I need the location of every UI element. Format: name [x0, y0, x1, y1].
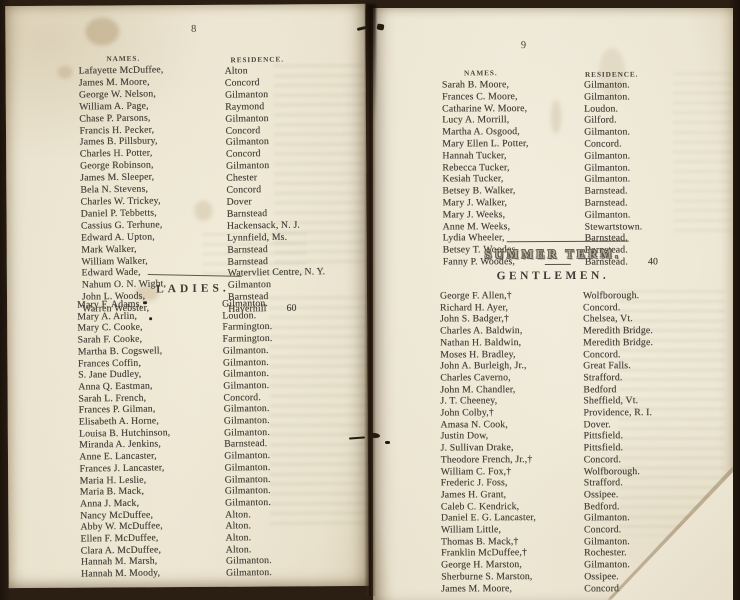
- residence: Ossipee.: [584, 490, 619, 500]
- roster-row: John Colby,†Providence, R. I.: [440, 406, 653, 419]
- residence: Concord: [225, 78, 260, 88]
- person-name: Daniel E. G. Lancaster,: [441, 513, 584, 523]
- residence: Concord.: [584, 525, 621, 535]
- residence: Providence, R. I.: [583, 408, 652, 418]
- person-name: Mary Ellen L. Potter,: [442, 139, 584, 149]
- residence: Loudon.: [584, 104, 618, 114]
- residence: Great Falls.: [583, 361, 631, 371]
- roster-row: Mary Ellen L. Potter,Concord.: [442, 137, 657, 150]
- residence: Gilmanton.: [224, 451, 270, 461]
- roster-row: George F. Allen,†Wolfborough.: [440, 289, 653, 302]
- residence: Bedford.: [584, 502, 620, 512]
- roster-row: Franklin McDuffee,†Rochester.: [441, 546, 654, 559]
- roster-row: William C. Fox,†Wolfborough.: [441, 464, 654, 477]
- roster-row: John S. Badger,†Chelsea, Vt.: [440, 312, 653, 325]
- person-name: Amasa N. Cook,: [441, 420, 584, 430]
- residence: Gilmanton: [225, 114, 268, 125]
- roster-row: Amasa N. Cook,Dover.: [440, 417, 653, 430]
- roster-row: Frederic J. Foss,Strafford.: [441, 476, 654, 489]
- residence: Gilmanton.: [226, 568, 272, 578]
- roster-row: J. Sullivan Drake,Pittsfield.: [441, 441, 654, 454]
- residence: Concord.: [223, 393, 261, 403]
- person-name: J. T. Cheeney,: [440, 396, 583, 406]
- roster-row: Theodore French, Jr.,†Concord.: [441, 452, 654, 465]
- person-name: Hannah M. Moody,: [81, 568, 226, 580]
- roster-row: Daniel E. G. Lancaster,Gilmanton.: [441, 511, 654, 524]
- person-name: William C. Fox,†: [441, 466, 584, 476]
- residence: Barnstead: [227, 257, 268, 268]
- residence: Alton: [225, 66, 248, 76]
- person-name: Anne M. Weeks,: [443, 221, 585, 231]
- residence: Gilmanton.: [224, 463, 270, 473]
- roster-row: Sarah B. Moore,Gilmanton.: [442, 78, 657, 91]
- residence: Barnstead.: [224, 439, 267, 449]
- right-page: 9 NAMES. RESIDENCE. Sarah B. Moore,Gilma…: [373, 8, 733, 600]
- roster-row: Richard H. Ayer,Concord.: [440, 300, 653, 313]
- residence: Concord: [226, 185, 261, 195]
- residence: Barnstead: [227, 245, 268, 256]
- residence: Gilmanton.: [584, 80, 630, 90]
- person-name: Rebecca Tucker,: [442, 162, 584, 172]
- person-name: John A. Burleigh, Jr.,: [440, 361, 583, 371]
- residence: Hackensack, N. J.: [227, 220, 300, 231]
- residence: Meredith Bridge.: [583, 326, 653, 336]
- roster-row: Justin Dow,Pittsfield.: [441, 429, 654, 442]
- roster-row: Charles Caverno,Strafford.: [440, 370, 653, 383]
- person-name: Charles A. Baldwin,: [440, 326, 583, 336]
- residence: Gilmanton.: [585, 210, 631, 220]
- residence: Gilmanton.: [584, 560, 630, 570]
- roster-row: John A. Burleigh, Jr.,Great Falls.: [440, 359, 653, 372]
- person-name: George H. Marston,: [441, 560, 584, 570]
- person-name: Mary J. Walker,: [443, 198, 585, 208]
- residence: Gilmanton.: [222, 299, 268, 309]
- residence: Gilmanton.: [225, 475, 271, 485]
- roster-row: Moses H. Bradley,Concord.: [440, 347, 653, 360]
- person-name: Mary J. Weeks,: [443, 210, 585, 220]
- residence: Gilmanton.: [224, 416, 270, 426]
- residence: Concord: [226, 150, 261, 160]
- residence: Gilmanton.: [223, 358, 269, 368]
- residence: Gilmanton.: [225, 498, 271, 508]
- roster-row: Anna J. Mack,Gilmanton.: [80, 495, 275, 510]
- binding-thread: [385, 441, 390, 444]
- residence: Gilmanton: [225, 90, 268, 101]
- roster-row: Frances C. Moore,Gilmanton.: [442, 89, 657, 102]
- residence: Gilmanton: [226, 138, 269, 149]
- residence: Concord.: [583, 303, 620, 313]
- book-scan: 8 NAMES. RESIDENCE. Lafayette McDuffee,A…: [0, 0, 740, 600]
- person-name: Moses H. Bradley,: [440, 349, 583, 359]
- roster-row: Mary F. Adams,Gilmanton.: [77, 296, 272, 311]
- roster-row: James H. Grant,Ossipee.: [441, 488, 654, 501]
- residence: Gilmanton.: [224, 428, 270, 438]
- page-number: 8: [191, 24, 197, 35]
- person-name: William Little,: [441, 525, 584, 535]
- residence: Gilmanton: [226, 161, 269, 172]
- residence: Farmington.: [222, 322, 272, 332]
- residence: Pittsfield.: [584, 443, 624, 453]
- heading-underline-rule: [545, 264, 571, 265]
- person-name: Sarah B. Moore,: [442, 80, 584, 90]
- person-name: Franklin McDuffee,†: [441, 548, 584, 558]
- residence: Concord.: [584, 455, 621, 465]
- residence: Gilmanton.: [223, 346, 269, 356]
- winter-roster-left: Lafayette McDuffee,AltonJames M. Moore,C…: [79, 61, 326, 315]
- residence: Watervliet Centre, N. Y.: [228, 268, 326, 279]
- roster-row: Hannah M. Moody,Gilmanton.: [81, 565, 276, 580]
- residence: Rochester.: [584, 549, 627, 559]
- roster-row: J. T. Cheeney,Sheffield, Vt.: [440, 394, 653, 407]
- roster-row: Hannah Tucker,Gilmanton.: [442, 148, 657, 161]
- residence: Dover.: [584, 420, 611, 430]
- gentlemen-heading: GENTLEMEN.: [393, 269, 713, 282]
- binding-gutter-shadow: [366, 4, 376, 124]
- person-name: Betsey B. Walker,: [442, 186, 584, 196]
- residence: Barnstead: [227, 209, 268, 220]
- person-name: Justin Dow,: [441, 431, 584, 441]
- roster-row: Charles A. Baldwin,Meredith Bridge.: [440, 324, 653, 337]
- residence: Gilmanton.: [584, 537, 630, 547]
- gentlemen-roster: George F. Allen,†Wolfborough.Richard H. …: [440, 289, 654, 594]
- residence: Chelsea, Vt.: [583, 315, 633, 325]
- roster-row: Martha A. Osgood,Gilmanton.: [442, 125, 657, 138]
- names-column-header: NAMES.: [106, 54, 140, 63]
- roster-row: Caleb C. Kendrick,Bedford.: [441, 499, 654, 512]
- residence: Farmington.: [223, 334, 273, 344]
- residence: Pittsfield.: [584, 432, 624, 442]
- residence: Strafford.: [583, 373, 622, 383]
- residence: Gilmanton.: [223, 381, 269, 391]
- left-page: 8 NAMES. RESIDENCE. Lafayette McDuffee,A…: [5, 4, 369, 588]
- roster-row: Mary J. Walker,Barnstead.: [443, 196, 658, 209]
- person-name: Frances C. Moore,: [442, 92, 584, 102]
- person-name: James M. Moore,: [441, 583, 584, 593]
- person-name: Caleb C. Kendrick,: [441, 502, 584, 512]
- person-name: Charles Caverno,: [440, 373, 583, 383]
- residence: Gilmanton.: [224, 404, 270, 414]
- person-name: Lucy A. Morrill,: [442, 115, 584, 125]
- person-name: J. Sullivan Drake,: [441, 443, 584, 453]
- person-name: Hannah Tucker,: [442, 151, 584, 161]
- residence: Alton.: [226, 533, 252, 543]
- roster-row: Lucy A. Morrill,Gilford.: [442, 113, 657, 126]
- residence: Concord: [225, 126, 260, 136]
- person-name: Catharine W. Moore,: [442, 103, 584, 113]
- residence: Gilmanton.: [223, 369, 269, 379]
- residence: Loudon.: [222, 311, 256, 321]
- person-name: Frederic J. Foss,: [441, 478, 584, 488]
- person-name: John S. Badger,†: [440, 314, 583, 324]
- person-name: John Colby,†: [440, 408, 583, 418]
- roster-row: John M. Chandler,Bedford: [440, 382, 653, 395]
- residence: Alton.: [225, 510, 251, 520]
- person-name: Martha A. Osgood,: [442, 127, 584, 137]
- residence: Raymond: [225, 102, 264, 112]
- roster-row: Thomas B. Mack,†Gilmanton.: [441, 534, 654, 547]
- residence: Bedford: [583, 385, 616, 395]
- roster-row: William Little,Concord.: [441, 523, 654, 536]
- roster-row: Nathan H. Baldwin,Meredith Bridge.: [440, 335, 653, 348]
- person-name: James H. Grant,: [441, 490, 584, 500]
- roster-row: Anne M. Weeks,Stewartstown.: [443, 219, 658, 232]
- residence: Barnstead.: [584, 187, 627, 197]
- person-name: Sherburne S. Marston,: [441, 572, 584, 582]
- residence: Barnstead.: [585, 234, 628, 244]
- residence: Gilmanton.: [584, 514, 630, 524]
- ladies-roster: Mary F. Adams,Gilmanton.Mary A. Arlin,Lo…: [77, 296, 276, 580]
- residence: Gilmanton.: [225, 486, 271, 496]
- term-count: 60: [286, 304, 296, 314]
- person-name: Theodore French, Jr.,†: [441, 455, 584, 465]
- roster-row: Kesiah Tucker,Gilmanton.: [442, 172, 657, 185]
- residence: Gilford.: [584, 116, 617, 126]
- person-name: Thomas B. Mack,†: [441, 537, 584, 547]
- roster-row: Catharine W. Moore,Loudon.: [442, 101, 657, 114]
- residence: Gilmanton.: [226, 556, 272, 566]
- person-name: John M. Chandler,: [440, 384, 583, 394]
- page-number: 9: [521, 40, 527, 51]
- binding-stitch: [377, 23, 385, 30]
- residence: Alton.: [226, 545, 252, 555]
- residence: Dover: [227, 197, 252, 207]
- roster-row: Frances J. Lancaster,Gilmanton.: [79, 460, 274, 475]
- residence: Stewartstown.: [585, 222, 643, 232]
- residence: Barnstead.: [585, 198, 628, 208]
- roster-row: George H. Marston,Gilmanton.: [441, 558, 654, 571]
- roster-row: Mary J. Weeks,Gilmanton.: [443, 207, 658, 220]
- residence: Wolfborough.: [584, 467, 640, 477]
- residence: Concord.: [584, 139, 621, 149]
- residence: Ossipee.: [584, 572, 619, 582]
- residence: Chester: [226, 173, 257, 183]
- residence: Meredith Bridge.: [583, 338, 653, 348]
- person-name: Nathan H. Baldwin,: [440, 338, 583, 348]
- roster-row: Rebecca Tucker,Gilmanton.: [442, 160, 657, 173]
- residence: Gilmanton.: [584, 163, 630, 173]
- residence: Concord.: [583, 350, 620, 360]
- person-name: Kesiah Tucker,: [442, 174, 584, 184]
- residence: Gilmanton.: [584, 175, 630, 185]
- residence: Alton.: [225, 522, 251, 532]
- residence: Gilmanton.: [584, 128, 630, 138]
- residence: Wolfborough.: [583, 291, 639, 301]
- residence: Gilmanton.: [584, 151, 630, 161]
- residence: Lynnfield, Ms.: [227, 232, 287, 243]
- summer-term-heading: SUMMER TERM.: [393, 246, 713, 262]
- person-name: George F. Allen,†: [440, 291, 583, 301]
- winter-roster-right: Sarah B. Moore,Gilmanton.Frances C. Moor…: [442, 78, 658, 268]
- residence: Gilmanton.: [584, 92, 630, 102]
- roster-row: Betsey B. Walker,Barnstead.: [442, 184, 657, 197]
- names-column-header: NAMES.: [464, 68, 498, 77]
- roster-row: Sherburne S. Marston,Ossipee.: [441, 569, 654, 582]
- residence: Strafford.: [584, 478, 623, 488]
- roster-row: Anna Q. Eastman,Gilmanton.: [78, 378, 273, 393]
- roster-row: Martha B. Cogswell,Gilmanton.: [78, 343, 273, 358]
- person-name: Richard H. Ayer,: [440, 303, 583, 313]
- residence: Sheffield, Vt.: [583, 396, 638, 406]
